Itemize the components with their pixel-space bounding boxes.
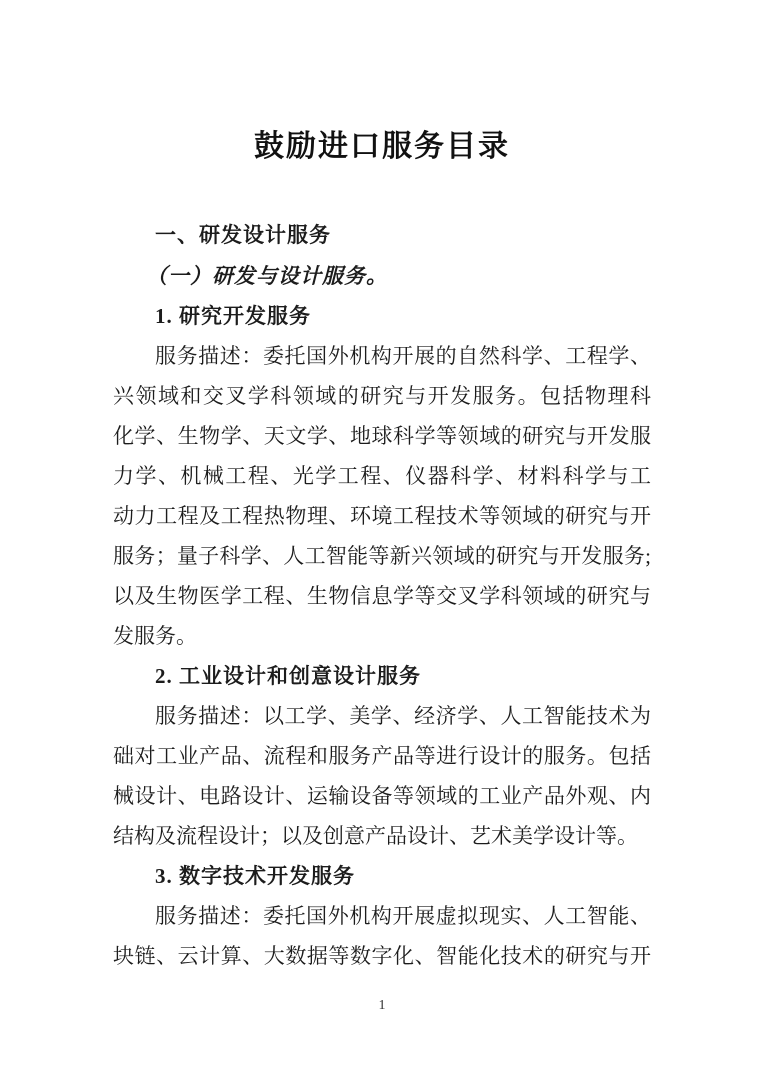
paragraph-line: 块链、云计算、大数据等数字化、智能化技术的研究与开发 <box>113 936 651 976</box>
item-heading-3: 3. 数字技术开发服务 <box>113 856 651 896</box>
document-page: 鼓励进口服务目录 一、研发设计服务 （一）研发与设计服务。 1. 研究开发服务 … <box>0 0 764 1080</box>
paragraph-line: 以及生物医学工程、生物信息学等交叉学科领域的研究与开 <box>113 576 651 616</box>
paragraph-line: 发服务。 <box>113 616 651 656</box>
paragraph-line: 服务描述：委托国外机构开展虚拟现实、人工智能、区 <box>113 896 651 936</box>
paragraph-line: 化学、生物学、天文学、地球科学等领域的研究与开发服务; <box>113 416 651 456</box>
subsection-heading-1-1: （一）研发与设计服务。 <box>113 256 651 296</box>
paragraph-line: 服务描述：委托国外机构开展的自然科学、工程学、新 <box>113 336 651 376</box>
page-number: 1 <box>0 994 764 1018</box>
paragraph-line: 兴领域和交叉学科领域的研究与开发服务。包括物理科学、 <box>113 376 651 416</box>
item-heading-1: 1. 研究开发服务 <box>113 296 651 336</box>
section-heading-1: 一、研发设计服务 <box>113 216 651 256</box>
paragraph-line: 服务；量子科学、人工智能等新兴领域的研究与开发服务; <box>113 536 651 576</box>
document-content: 鼓励进口服务目录 一、研发设计服务 （一）研发与设计服务。 1. 研究开发服务 … <box>113 0 651 976</box>
paragraph-line: 动力工程及工程热物理、环境工程技术等领域的研究与开发 <box>113 496 651 536</box>
paragraph-line: 服务描述：以工学、美学、经济学、人工智能技术为基 <box>113 696 651 736</box>
paragraph-line: 力学、机械工程、光学工程、仪器科学、材料科学与工程、 <box>113 456 651 496</box>
paragraph-line: 结构及流程设计；以及创意产品设计、艺术美学设计等。 <box>113 816 651 856</box>
item-heading-2: 2. 工业设计和创意设计服务 <box>113 656 651 696</box>
paragraph-line: 械设计、电路设计、运输设备等领域的工业产品外观、内部 <box>113 776 651 816</box>
paragraph-line: 础对工业产品、流程和服务产品等进行设计的服务。包括机 <box>113 736 651 776</box>
document-title: 鼓励进口服务目录 <box>113 122 651 172</box>
